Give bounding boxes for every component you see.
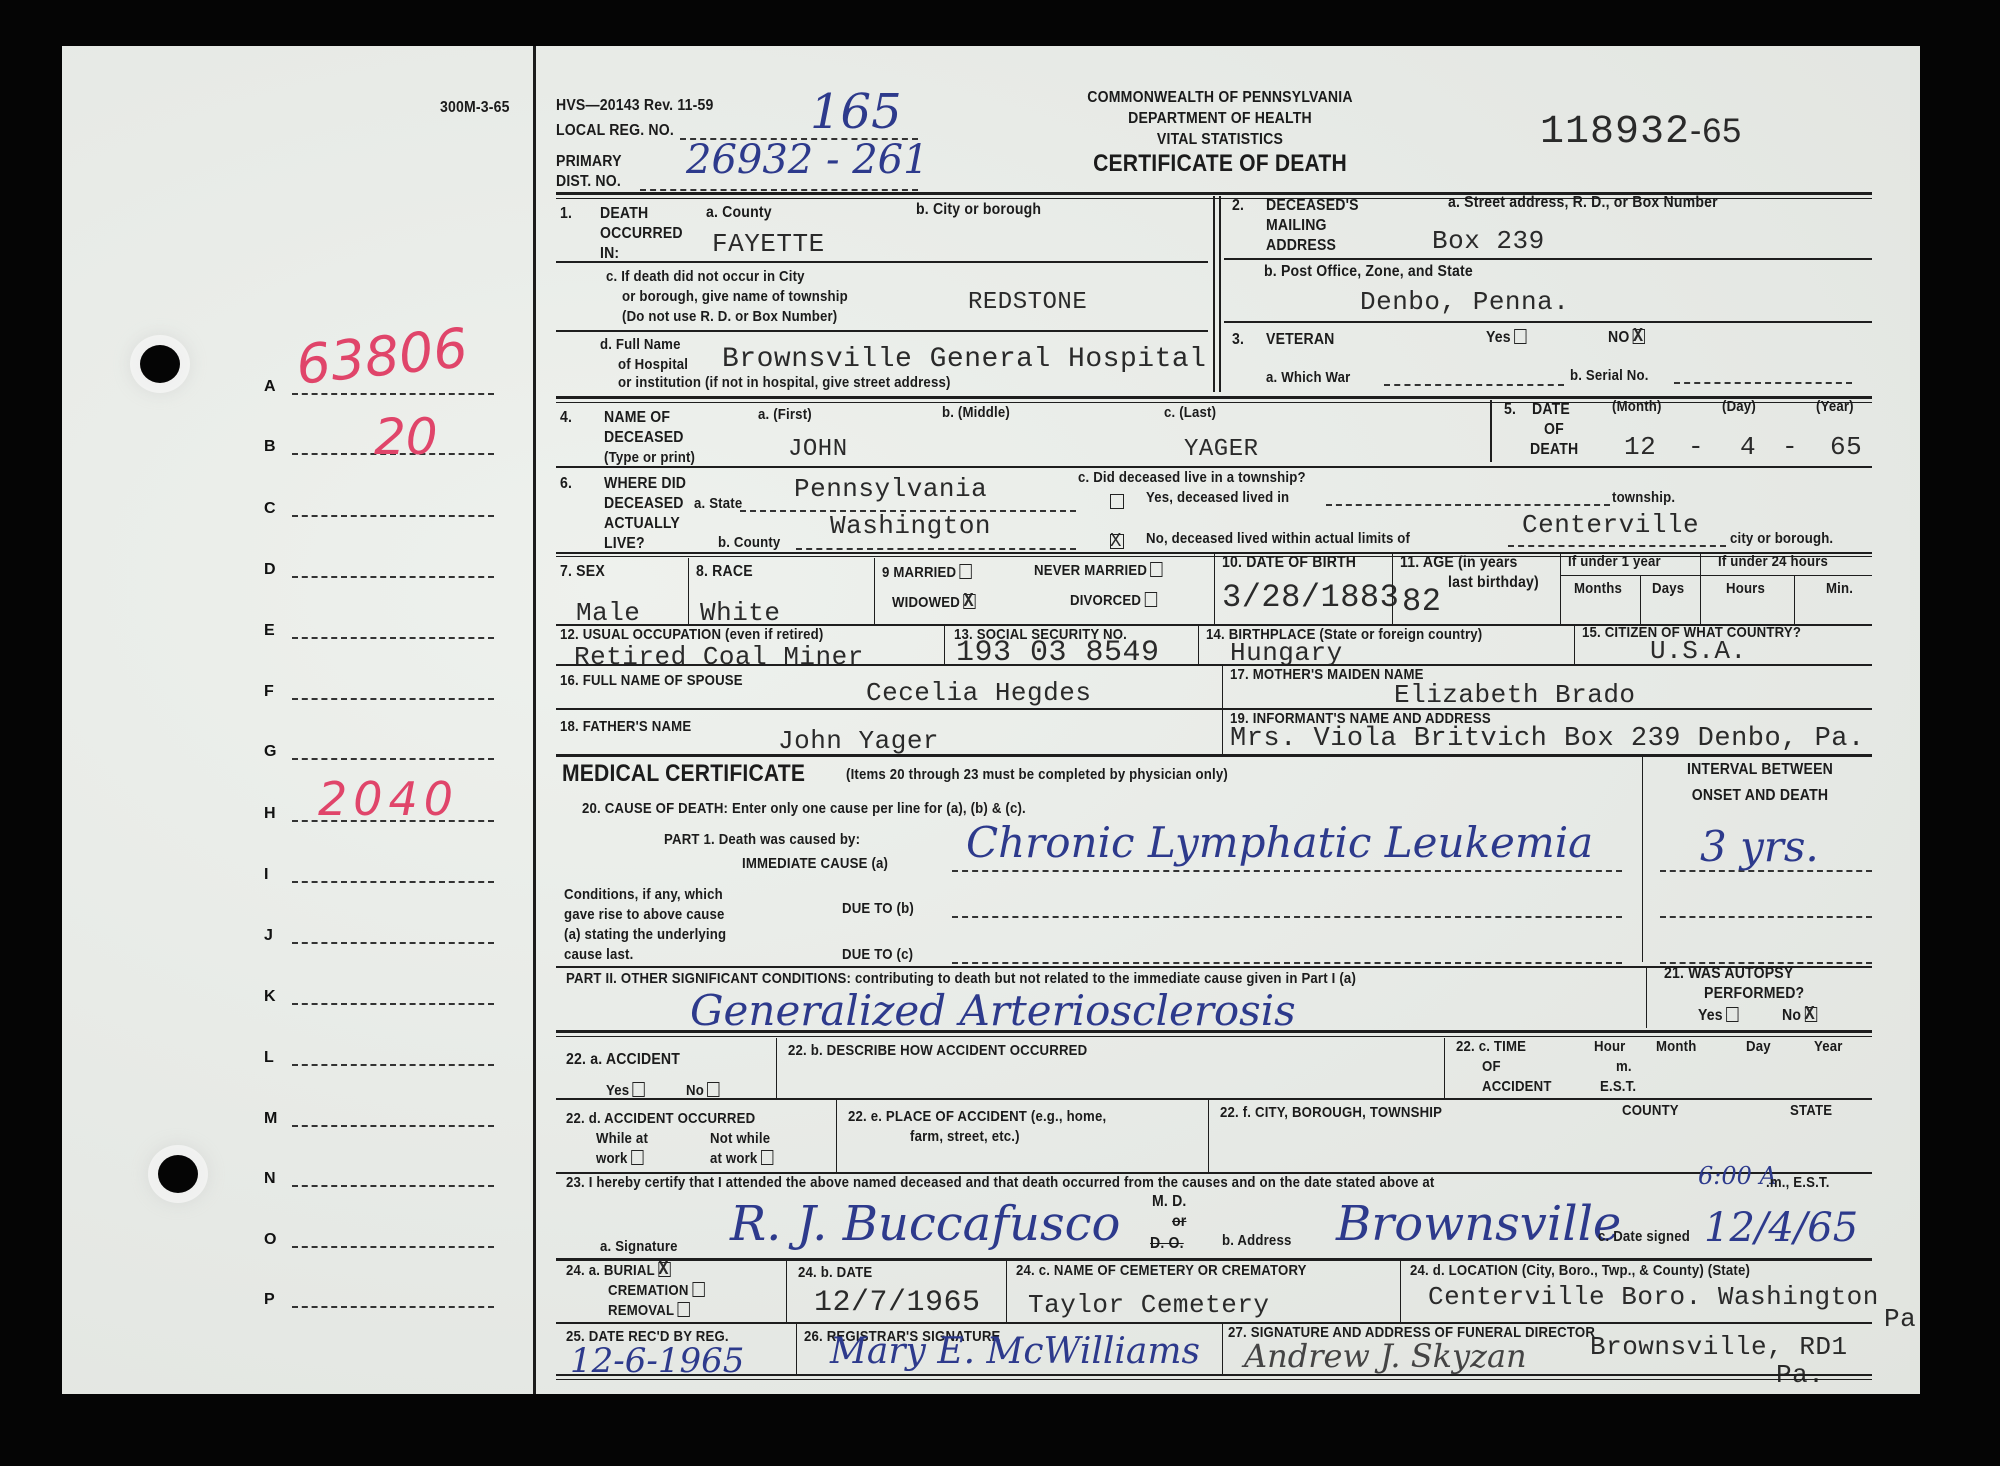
divider — [874, 558, 875, 624]
post-office-field[interactable]: Denbo, Penna. — [1360, 289, 1569, 315]
stub-letter: C — [264, 500, 276, 518]
stub-row-p[interactable]: P — [264, 1291, 494, 1321]
death-county-field[interactable]: FAYETTE — [712, 231, 825, 257]
interval-b-field[interactable] — [1660, 916, 1872, 918]
item4-label: DECEASED — [604, 428, 684, 447]
due-to-c-field[interactable] — [952, 962, 1622, 964]
accident-county-label: COUNTY — [1622, 1102, 1679, 1120]
item4-label: (Type or print) — [604, 449, 695, 467]
married-option[interactable]: 9 MARRIED — [882, 564, 972, 582]
item1-label: DEATH — [600, 204, 648, 223]
widowed-option[interactable]: WIDOWED — [892, 594, 976, 612]
item5-label: DATE — [1532, 400, 1570, 419]
stub-line — [292, 576, 494, 578]
divider — [1219, 196, 1221, 392]
cremation-label: CREMATION — [608, 1282, 689, 1299]
min-label: Min. — [1826, 580, 1853, 598]
local-reg-label: LOCAL REG. NO. — [556, 121, 674, 140]
item6-num: 6. — [560, 474, 572, 493]
veteran-no-checkbox[interactable] — [1633, 329, 1645, 344]
rule — [1224, 321, 1872, 323]
married-label: 9 MARRIED — [882, 564, 956, 581]
while-at-work-checkbox[interactable] — [631, 1150, 643, 1165]
rule — [556, 1030, 1872, 1033]
township-no-label: No, deceased lived within actual limits … — [1146, 530, 1410, 548]
first-name-field[interactable]: JOHN — [788, 438, 848, 462]
accident-time-label: ACCIDENT — [1482, 1078, 1552, 1096]
divider — [1006, 1260, 1007, 1324]
stub-row-c[interactable]: C — [264, 500, 494, 530]
part1-label: PART 1. Death was caused by: — [664, 831, 860, 849]
father-field[interactable]: John Yager — [778, 728, 939, 754]
stub-row-l[interactable]: L — [264, 1049, 494, 1079]
accident-yes-label: Yes — [606, 1082, 629, 1099]
funeral-director-signature[interactable]: Andrew J. Skyzan — [1244, 1340, 1527, 1372]
autopsy-label: 21. WAS AUTOPSY — [1664, 964, 1793, 983]
veteran-label: VETERAN — [1266, 330, 1335, 349]
accident-description-label: 22. b. DESCRIBE HOW ACCIDENT OCCURRED — [788, 1042, 1087, 1060]
address-label: b. Address — [1222, 1232, 1291, 1250]
primary-dist-label-2: DIST. NO. — [556, 172, 621, 191]
stub-line — [292, 881, 494, 883]
rule — [556, 261, 1208, 263]
est-label: E.S.T. — [1600, 1078, 1636, 1096]
accident-label: 22. a. ACCIDENT — [566, 1050, 680, 1069]
rule — [556, 1322, 1872, 1324]
rule — [556, 330, 1208, 332]
certificate-number: 118932-65 — [1540, 113, 1742, 153]
conditions-label: Conditions, if any, which — [564, 886, 723, 904]
day-label: Day — [1746, 1038, 1771, 1056]
divider — [1214, 552, 1215, 624]
day-label: (Day) — [1722, 398, 1756, 416]
divider — [776, 1038, 777, 1100]
age-label: 11. AGE (in years — [1400, 553, 1518, 572]
divider — [1392, 552, 1393, 624]
removal-option[interactable]: REMOVAL — [608, 1302, 690, 1320]
not-while-at-work-checkbox[interactable] — [761, 1150, 773, 1165]
divider — [1213, 196, 1215, 392]
accident-no-checkbox[interactable] — [707, 1082, 719, 1097]
township-label: or borough, give name of township — [622, 288, 848, 306]
accident-occurred-label: 22. d. ACCIDENT OCCURRED — [566, 1110, 755, 1128]
medical-note: (Items 20 through 23 must be completed b… — [846, 766, 1228, 784]
city-suffix: city or borough. — [1730, 530, 1833, 548]
hours-label: Hours — [1726, 580, 1765, 598]
city-label: b. City or borough — [916, 200, 1041, 219]
birth-date-field[interactable]: 3/28/1883 — [1222, 582, 1399, 614]
item4-num: 4. — [560, 408, 572, 427]
item5-label: OF — [1544, 420, 1564, 439]
serial-field[interactable] — [1674, 382, 1852, 384]
county-line — [796, 548, 1076, 550]
divider — [1444, 1038, 1445, 1100]
veteran-yes[interactable]: Yes — [1486, 328, 1527, 347]
conditions-label: cause last. — [564, 946, 633, 964]
certificate-number-main: 118932 — [1540, 110, 1690, 155]
item2-label: ADDRESS — [1266, 236, 1336, 255]
spouse-field[interactable]: Cecelia Hegdes — [866, 680, 1091, 706]
interval-label: INTERVAL BETWEEN — [1672, 760, 1848, 779]
autopsy-no-label: No — [1782, 1007, 1801, 1024]
rule — [556, 754, 1872, 757]
mailing-street-field[interactable]: Box 239 — [1432, 228, 1545, 254]
rule — [556, 1374, 1872, 1376]
rule — [556, 1036, 1872, 1037]
hospital-label: of Hospital — [618, 356, 688, 374]
age-label: last birthday) — [1448, 573, 1539, 592]
rule — [556, 1379, 1872, 1380]
stub-line — [292, 1003, 494, 1005]
veteran-yes-label: Yes — [1486, 329, 1511, 346]
physician-signature[interactable]: R. J. Buccafusco — [730, 1200, 1120, 1248]
hospital-label: d. Full Name — [600, 336, 681, 354]
township-no-checkbox[interactable] — [1110, 534, 1124, 549]
stub-value-h: 2040 — [318, 772, 459, 826]
divider — [836, 1100, 837, 1172]
cremation-option[interactable]: CREMATION — [608, 1282, 704, 1300]
month-label: (Month) — [1612, 398, 1662, 416]
divider — [1794, 575, 1795, 624]
burial-option[interactable]: 24. a. BURIAL — [566, 1262, 671, 1280]
m-label: m. — [1616, 1058, 1632, 1076]
stub-row-k[interactable]: K — [264, 988, 494, 1018]
stub-letter: K — [264, 988, 276, 1006]
burial-location-label: 24. d. LOCATION (City, Boro., Twp., & Co… — [1410, 1262, 1750, 1280]
township-question: c. Did deceased live in a township? — [1078, 469, 1306, 487]
stub-letter: L — [264, 1049, 274, 1067]
city-line — [1508, 545, 1726, 547]
stub-letter: G — [264, 743, 276, 761]
under-day-label: If under 24 hours — [1718, 553, 1828, 571]
due-to-b-label: DUE TO (b) — [842, 900, 914, 918]
stub-row-f[interactable]: F — [264, 683, 494, 713]
agency-line-2: DEPARTMENT OF HEALTH — [1062, 109, 1379, 128]
rule — [1224, 258, 1872, 260]
date-received-field[interactable]: 12-6-1965 — [570, 1344, 744, 1378]
divider — [944, 624, 945, 666]
cremation-checkbox[interactable] — [692, 1282, 704, 1297]
residence-county-field[interactable]: Washington — [830, 513, 991, 539]
stub-line — [292, 1064, 494, 1066]
stub-line — [292, 637, 494, 639]
rule — [556, 1258, 1872, 1261]
middle-name-label: b. (Middle) — [942, 404, 1010, 422]
stub-line — [292, 1185, 494, 1187]
birthplace-field[interactable]: Hungary — [1230, 640, 1343, 666]
never-married-checkbox[interactable] — [1151, 562, 1163, 577]
removal-label: REMOVAL — [608, 1302, 674, 1319]
which-war-field[interactable] — [1384, 384, 1564, 386]
signature-label: a. Signature — [600, 1238, 678, 1256]
stub-letter: J — [264, 927, 273, 945]
item6-label: WHERE DID — [604, 474, 686, 493]
age-field[interactable]: 82 — [1402, 586, 1441, 618]
stub-row-j[interactable]: J — [264, 927, 494, 957]
stub-letter: I — [264, 866, 268, 884]
hospital-field[interactable]: Brownsville General Hospital — [722, 346, 1206, 374]
primary-dist-label-1: PRIMARY — [556, 152, 622, 171]
accident-no-label: No — [686, 1082, 704, 1099]
divider — [1700, 552, 1701, 624]
stub-line — [292, 1306, 494, 1308]
while-at-work-label: While at — [596, 1130, 648, 1148]
not-while-at-work-label: Not while — [710, 1130, 770, 1148]
married-checkbox[interactable] — [960, 564, 972, 579]
physician-address-field[interactable]: Brownsville — [1336, 1200, 1621, 1248]
stub-letter: P — [264, 1291, 275, 1309]
divider — [1400, 1260, 1401, 1324]
date-separator: - — [1782, 434, 1798, 460]
township-suffix: township. — [1612, 489, 1675, 507]
md-label: M. D. — [1152, 1192, 1187, 1211]
stub-letter: A — [264, 378, 276, 396]
year-label: (Year) — [1816, 398, 1854, 416]
township-label: c. If death did not occur in City — [606, 268, 805, 286]
death-year-field[interactable]: 65 — [1830, 434, 1862, 460]
primary-dist-value[interactable]: 26932 - 261 — [686, 140, 929, 180]
serial-label: b. Serial No. — [1570, 367, 1649, 385]
informant-field[interactable]: Mrs. Viola Britvich Box 239 Denbo, Pa. — [1230, 726, 1865, 753]
agency-line-3: VITAL STATISTICS — [1062, 130, 1379, 149]
divider — [796, 1324, 797, 1374]
accident-time-label: 22. c. TIME — [1456, 1038, 1526, 1056]
citizenship-field[interactable]: U.S.A. — [1650, 638, 1747, 664]
first-name-label: a. (First) — [758, 406, 812, 424]
mother-field[interactable]: Elizabeth Brado — [1394, 682, 1636, 708]
while-at-work[interactable]: work — [596, 1150, 643, 1168]
accident-time-label: OF — [1482, 1058, 1501, 1076]
conditions-label: gave rise to above cause — [564, 906, 725, 924]
stub-value-b: 20 — [374, 408, 438, 466]
stub-letter: D — [264, 561, 276, 579]
cemetery-label: 24. c. NAME OF CEMETERY OR CREMATORY — [1016, 1262, 1307, 1280]
township-yes-label: Yes, deceased lived in — [1146, 489, 1289, 507]
widowed-checkbox[interactable] — [963, 594, 975, 609]
county-label: b. County — [718, 534, 780, 552]
punch-hole-top — [140, 345, 180, 383]
stub-letter: B — [264, 438, 276, 456]
year-label: Year — [1814, 1038, 1843, 1056]
never-married-label: NEVER MARRIED — [1034, 562, 1147, 579]
township-yes-checkbox[interactable] — [1110, 494, 1124, 509]
date-signed-field[interactable]: 12/4/65 — [1704, 1208, 1858, 1248]
birth-date-label: 10. DATE OF BIRTH — [1222, 553, 1356, 572]
autopsy-label: PERFORMED? — [1704, 984, 1804, 1003]
stub-row-d[interactable]: D — [264, 561, 494, 591]
hour-label: Hour — [1594, 1038, 1626, 1056]
date-separator: - — [1688, 434, 1704, 460]
stub-divider — [533, 46, 536, 1394]
spouse-label: 16. FULL NAME OF SPOUSE — [560, 672, 743, 690]
immediate-cause-field[interactable]: Chronic Lymphatic Leukemia — [966, 822, 1593, 864]
sex-label: 7. SEX — [560, 562, 605, 581]
autopsy-yes-label: Yes — [1698, 1007, 1723, 1024]
item2-label: MAILING — [1266, 216, 1327, 235]
item4-label: NAME OF — [604, 408, 670, 427]
street-label: a. Street address, R. D., or Box Number — [1448, 193, 1718, 212]
divorced-option[interactable]: DIVORCED — [1070, 592, 1157, 610]
conditions-label: (a) stating the underlying — [564, 926, 726, 944]
interval-label: ONSET AND DEATH — [1672, 786, 1848, 805]
autopsy-no-checkbox[interactable] — [1805, 1007, 1817, 1022]
stub-line — [292, 942, 494, 944]
item5-label: DEATH — [1530, 440, 1578, 459]
under-year-label: If under 1 year — [1568, 553, 1661, 571]
township-line[interactable] — [1326, 504, 1610, 506]
accident-place-label: farm, street, etc.) — [910, 1128, 1020, 1146]
item1-label: OCCURRED — [600, 224, 683, 243]
form-number: HVS—20143 Rev. 11-59 — [556, 96, 713, 115]
accident-city-label: 22. f. CITY, BOROUGH, TOWNSHIP — [1220, 1104, 1442, 1122]
veteran-no-label: NO — [1608, 329, 1629, 346]
residence-state-field[interactable]: Pennsylvania — [794, 476, 987, 502]
state-label: a. State — [694, 495, 742, 513]
divider — [1642, 754, 1643, 962]
stub-letter: N — [264, 1170, 276, 1188]
divider — [786, 1260, 787, 1324]
death-township-field[interactable]: REDSTONE — [968, 291, 1087, 315]
funeral-director-address[interactable]: Brownsville, RD1 — [1590, 1334, 1848, 1360]
item1-num: 1. — [560, 204, 572, 223]
accident-yes-checkbox[interactable] — [633, 1082, 645, 1097]
stub-letter: E — [264, 622, 275, 640]
county-label: a. County — [706, 203, 772, 222]
while-at-work-label: work — [596, 1150, 628, 1167]
divider — [1640, 575, 1641, 624]
accident-place-label: 22. e. PLACE OF ACCIDENT (e.g., home, — [848, 1108, 1106, 1126]
cemetery-field[interactable]: Taylor Cemetery — [1028, 1292, 1270, 1318]
item6-label: LIVE? — [604, 534, 645, 553]
rule — [556, 466, 1872, 468]
due-to-c-label: DUE TO (c) — [842, 946, 913, 964]
due-to-b-field[interactable] — [952, 916, 1622, 918]
widowed-label: WIDOWED — [892, 594, 960, 611]
last-name-field[interactable]: YAGER — [1184, 438, 1259, 462]
residence-city-field[interactable]: Centerville — [1522, 512, 1699, 538]
item6-label: DECEASED — [604, 494, 684, 513]
veteran-no[interactable]: NO — [1608, 328, 1645, 347]
autopsy-yes[interactable]: Yes — [1698, 1006, 1739, 1025]
burial-state-field[interactable]: Pa — [1884, 1306, 1916, 1332]
stub-line — [292, 1125, 494, 1127]
punch-hole-bottom — [158, 1155, 198, 1193]
divider — [1646, 966, 1647, 1028]
race-field[interactable]: White — [700, 600, 781, 626]
rule — [1560, 575, 1872, 576]
medical-certificate-title: MEDICAL CERTIFICATE — [562, 760, 805, 789]
race-label: 8. RACE — [696, 562, 753, 581]
months-label: Months — [1574, 580, 1622, 598]
local-reg-value[interactable]: 165 — [810, 88, 902, 136]
stub-row-i[interactable]: I — [264, 866, 494, 896]
father-label: 18. FATHER'S NAME — [560, 718, 691, 736]
item5-num: 5. — [1504, 400, 1516, 419]
other-conditions-field[interactable]: Generalized Arteriosclerosis — [690, 990, 1296, 1032]
not-while-at-work-label: at work — [710, 1150, 757, 1167]
divider — [1560, 552, 1561, 624]
date-signed-label: c. Date signed — [1598, 1228, 1690, 1246]
burial-date-label: 24. b. DATE — [798, 1264, 872, 1282]
stub-row-o[interactable]: O — [264, 1231, 494, 1261]
death-month-field[interactable]: 12 — [1624, 434, 1656, 460]
divider — [688, 558, 689, 624]
primary-dist-line — [640, 189, 918, 191]
item2-label: DECEASED'S — [1266, 196, 1359, 215]
rule — [556, 396, 1872, 399]
not-while-at-work[interactable]: at work — [710, 1150, 773, 1168]
burial-checkbox[interactable] — [658, 1262, 670, 1277]
item6-label: ACTUALLY — [604, 514, 680, 533]
post-office-label: b. Post Office, Zone, and State — [1264, 262, 1473, 281]
which-war-label: a. Which War — [1266, 369, 1351, 387]
stub-form-code: 300M-3-65 — [440, 98, 510, 117]
stub-row-e[interactable]: E — [264, 622, 494, 652]
never-married-option[interactable]: NEVER MARRIED — [1034, 562, 1163, 580]
last-name-label: c. (Last) — [1164, 404, 1216, 422]
accident-state-label: STATE — [1790, 1102, 1832, 1120]
stub-letter: O — [264, 1231, 276, 1249]
certificate-number-suffix: -65 — [1690, 112, 1742, 150]
divorced-label: DIVORCED — [1070, 592, 1141, 609]
divider — [1574, 624, 1575, 666]
stub-line — [292, 758, 494, 760]
stub-letter: F — [264, 683, 274, 701]
removal-checkbox[interactable] — [678, 1302, 690, 1317]
month-label: Month — [1656, 1038, 1696, 1056]
burial-label: 24. a. BURIAL — [566, 1262, 655, 1279]
stub-line — [292, 698, 494, 700]
rule — [556, 1098, 1872, 1100]
divider — [1198, 624, 1199, 666]
veteran-yes-checkbox[interactable] — [1514, 329, 1526, 344]
days-label: Days — [1652, 580, 1684, 598]
interval-a-field[interactable]: 3 yrs. — [1700, 826, 1819, 868]
autopsy-no[interactable]: No — [1782, 1006, 1817, 1025]
stub-letter: M — [264, 1110, 277, 1128]
page-title: CERTIFICATE OF DEATH — [1062, 150, 1379, 179]
rule — [556, 708, 1872, 710]
cause-of-death-label: 20. CAUSE OF DEATH: Enter only one cause… — [582, 800, 1026, 818]
death-day-field[interactable]: 4 — [1740, 434, 1756, 460]
rule — [556, 664, 1872, 666]
stub-row-n[interactable]: N — [264, 1170, 494, 1200]
immediate-cause-line — [952, 870, 1622, 872]
burial-date-field[interactable]: 12/7/1965 — [814, 1288, 981, 1318]
immediate-cause-label: IMMEDIATE CAUSE (a) — [742, 855, 888, 873]
item2-num: 2. — [1232, 196, 1244, 215]
certify-time-suffix: .m., E.S.T. — [1766, 1174, 1830, 1192]
burial-location-field[interactable]: Centerville Boro. Washington — [1428, 1284, 1879, 1310]
divider — [1208, 1100, 1209, 1172]
autopsy-yes-checkbox[interactable] — [1726, 1007, 1738, 1022]
stub-row-g[interactable]: G — [264, 743, 494, 773]
divider — [1490, 400, 1492, 462]
sex-field[interactable]: Male — [576, 600, 640, 626]
divorced-checkbox[interactable] — [1145, 592, 1157, 607]
occupation-field[interactable]: Retired Coal Miner — [574, 644, 864, 670]
rule — [556, 402, 1872, 403]
stub-row-m[interactable]: M — [264, 1110, 494, 1140]
agency-line-1: COMMONWEALTH OF PENNSYLVANIA — [1062, 88, 1379, 107]
stub-letter: H — [264, 805, 276, 823]
registrar-signature[interactable]: Mary E. McWilliams — [830, 1334, 1200, 1370]
stub-line — [292, 515, 494, 517]
township-label: (Do not use R. D. or Box Number) — [622, 308, 837, 326]
stub-line — [292, 1246, 494, 1248]
item3-num: 3. — [1232, 330, 1244, 349]
certification-statement: 23. I hereby certify that I attended the… — [566, 1174, 1434, 1192]
